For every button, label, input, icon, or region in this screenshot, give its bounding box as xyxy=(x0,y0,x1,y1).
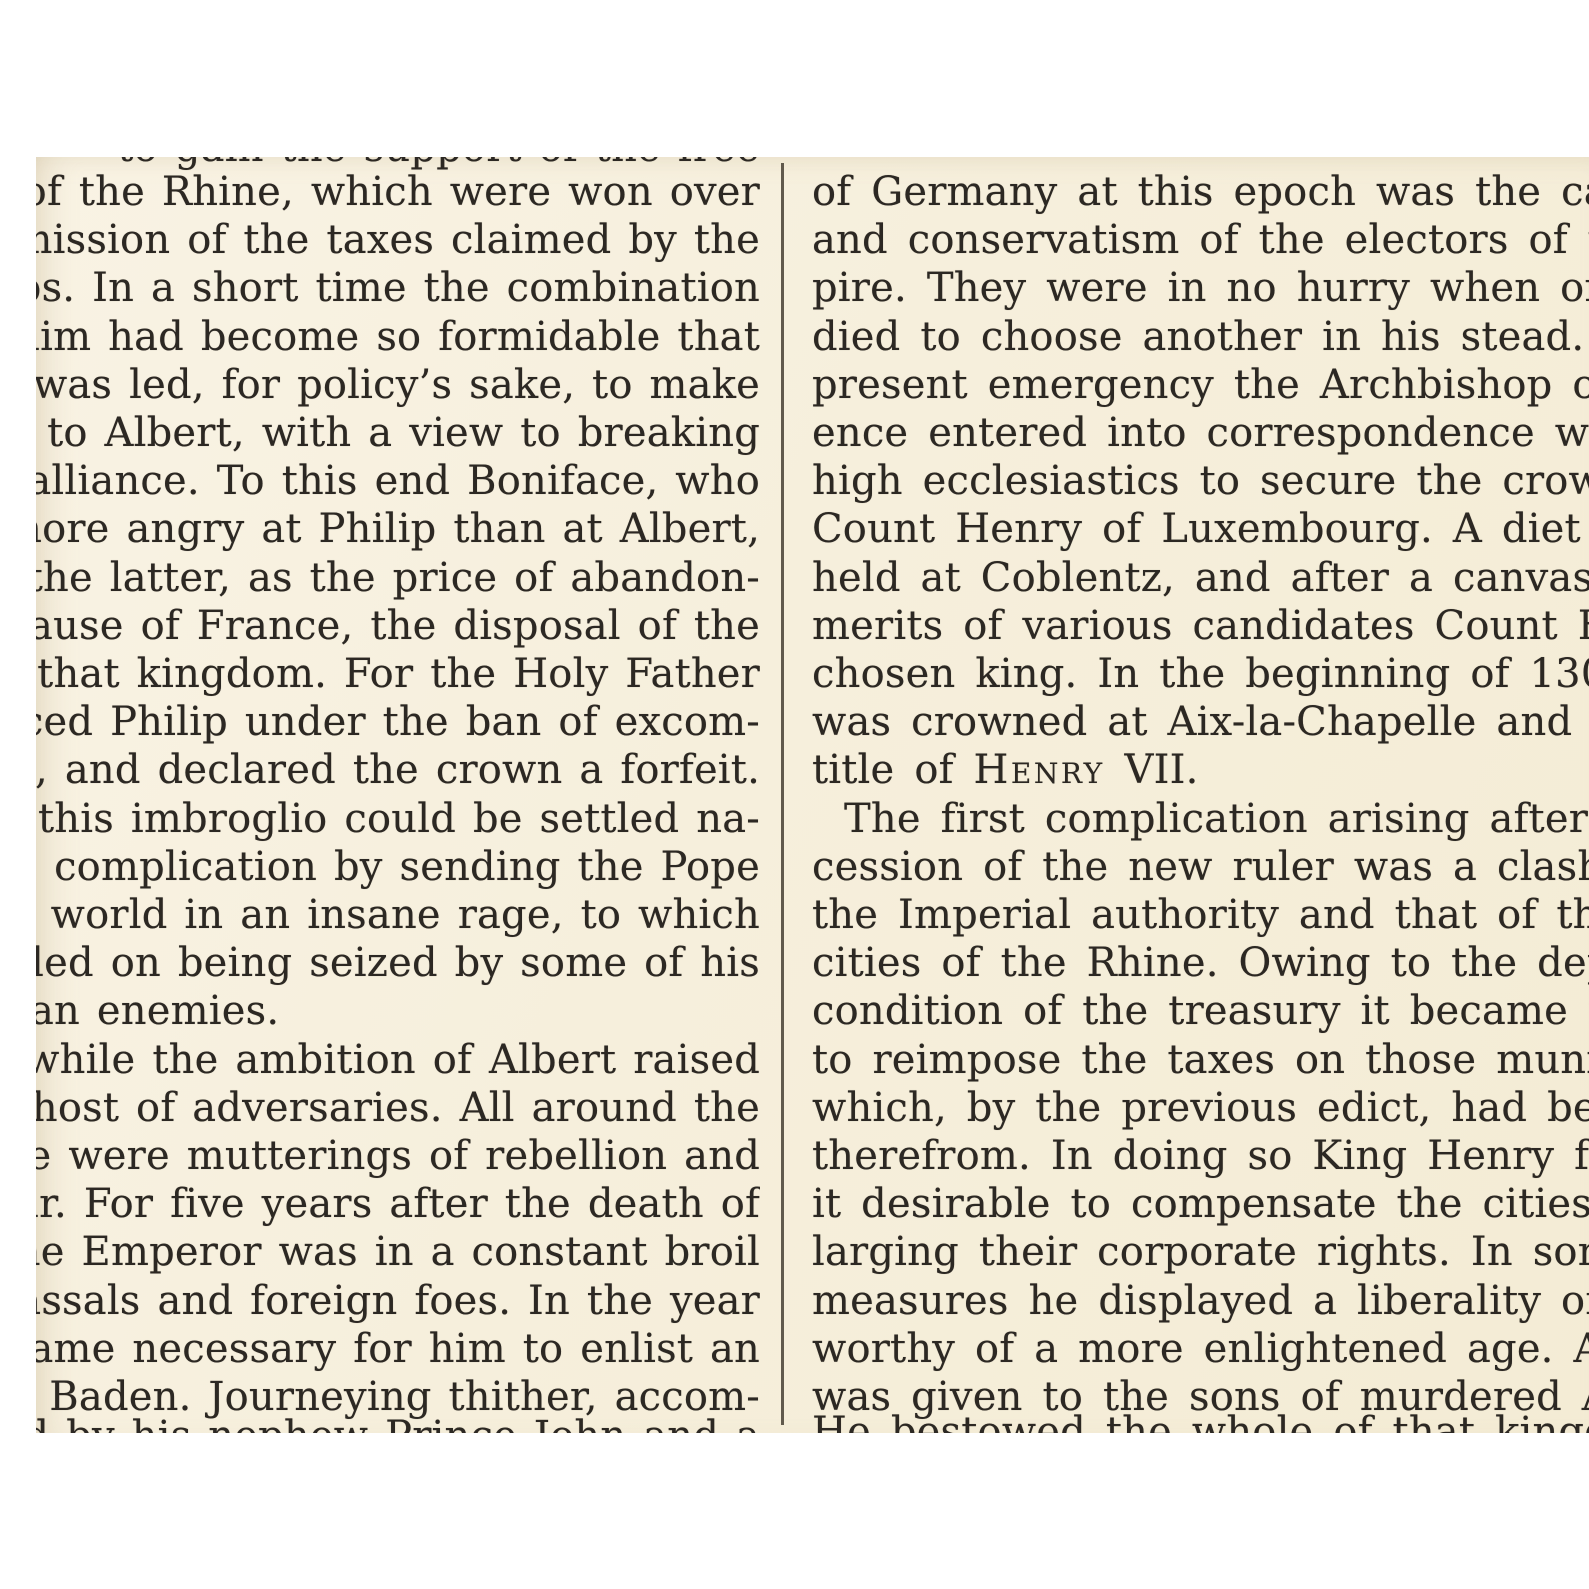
text-line: of Germany at this epoch was the cause xyxy=(812,172,1589,212)
text-line: nst him had become so formidable that xyxy=(36,317,760,357)
text-line: therefrom. In doing so King Henry found xyxy=(812,1136,1589,1176)
text-line: more angry at Philip than at Albert, xyxy=(36,509,760,549)
text-line: an enemies. xyxy=(36,991,279,1031)
text-line: ops. In a short time the combination xyxy=(36,268,760,308)
text-line: high ecclesiastics to secure the crown t… xyxy=(812,461,1589,501)
small-caps-name: Henry xyxy=(974,747,1105,793)
text-line-henry-vii: title of Henry VII. xyxy=(812,750,1198,790)
left-column: to gain the support of the free cities o… xyxy=(36,157,760,1433)
text-line: ed to the latter, as the price of abando… xyxy=(36,558,760,598)
text-line: merits of various candidates Count Henry… xyxy=(812,606,1589,646)
text-line: Count Henry of Luxembourg. A diet was xyxy=(812,509,1589,549)
text-line: zon there were mutterings of rebellion a… xyxy=(36,1136,760,1176)
text-line: face the Emperor was in a constant broil xyxy=(36,1232,760,1272)
text-line: pire. They were in no hurry when one rul… xyxy=(812,268,1589,308)
text-line: to reimpose the taxes on those municipal… xyxy=(812,1040,1589,1080)
text-line: chosen king. In the beginning of 1309 he xyxy=(812,654,1589,694)
text-line: was crowned at Aix-la-Chapelle and took … xyxy=(812,702,1589,742)
partial-text-line: to gain the support of the free xyxy=(117,157,760,168)
text-line: of the world in an insane rage, to which xyxy=(36,895,760,935)
text-line: worthy of a more enlightened age. Austri… xyxy=(812,1329,1589,1369)
text-line: before this imbroglio could be settled n… xyxy=(36,799,760,839)
text-line: cities of the Rhine. Owing to the deplet… xyxy=(812,943,1589,983)
text-line: The first complication arising after the… xyxy=(844,799,1589,839)
text-line: ad yielded on being seized by some of hi… xyxy=(36,943,760,983)
text-line: ication, and declared the crown a forfei… xyxy=(36,750,760,790)
text-line: his vassals and foreign foes. In the yea… xyxy=(36,1281,760,1321)
text-line: which, by the previous edict, had been f… xyxy=(812,1088,1589,1128)
text-line: ence entered into correspondence with ot… xyxy=(812,413,1589,453)
partial-text-line: He bestowed the whole of that kingdom xyxy=(812,1412,1589,1433)
text-line: Pope was led, for policy’s sake, to make xyxy=(36,365,760,405)
text-line: died to choose another in his stead. In … xyxy=(812,317,1589,357)
text-line: tures to Albert, with a view to breaking xyxy=(36,413,760,453)
book-page: to gain the support of the free cities o… xyxy=(36,157,1589,1433)
text-line: it became necessary for him to enlist an xyxy=(36,1329,760,1369)
column-divider-rule xyxy=(781,163,784,1425)
text-line: it desirable to compensate the cities by… xyxy=(812,1184,1589,1224)
text-line: and conservatism of the electors of the … xyxy=(812,220,1589,260)
text-line: cession of the new ruler was a clash bet… xyxy=(812,847,1589,887)
text-line: cut the complication by sending the Pope xyxy=(36,847,760,887)
text-line: present emergency the Archbishop of May- xyxy=(812,365,1589,405)
partial-text-line: panied by his nephew Prince John and a xyxy=(36,1416,760,1433)
right-column: of Germany at this epoch was the cause a… xyxy=(812,157,1589,1433)
text-segment: title of xyxy=(812,747,974,793)
text-line: in Baden. Journeying thither, accom- xyxy=(36,1377,760,1417)
text-line: measures he displayed a liberality of po… xyxy=(812,1281,1589,1321)
text-line: condition of the treasury it became nece… xyxy=(812,991,1589,1031)
text-line: the Imperial authority and that of the f… xyxy=(812,895,1589,935)
text-line: the cause of France, the disposal of the xyxy=(36,606,760,646)
text-line: war. For five years after the death of xyxy=(36,1184,760,1224)
text-line: he alliance. To this end Boniface, who xyxy=(36,461,760,501)
text-line: larging their corporate rights. In some … xyxy=(812,1232,1589,1272)
text-line: n of that kingdom. For the Holy Father xyxy=(36,654,760,694)
text-line: a remission of the taxes claimed by the xyxy=(36,220,760,260)
text-line: a host of adversaries. All around the xyxy=(36,1088,760,1128)
text-line: placed Philip under the ban of excom- xyxy=(36,702,760,742)
text-segment: VII. xyxy=(1105,747,1199,793)
text-line: cities of the Rhine, which were won over xyxy=(36,172,760,212)
text-line: Meanwhile the ambition of Albert raised xyxy=(36,1040,760,1080)
text-line: held at Coblentz, and after a canvass of… xyxy=(812,558,1589,598)
